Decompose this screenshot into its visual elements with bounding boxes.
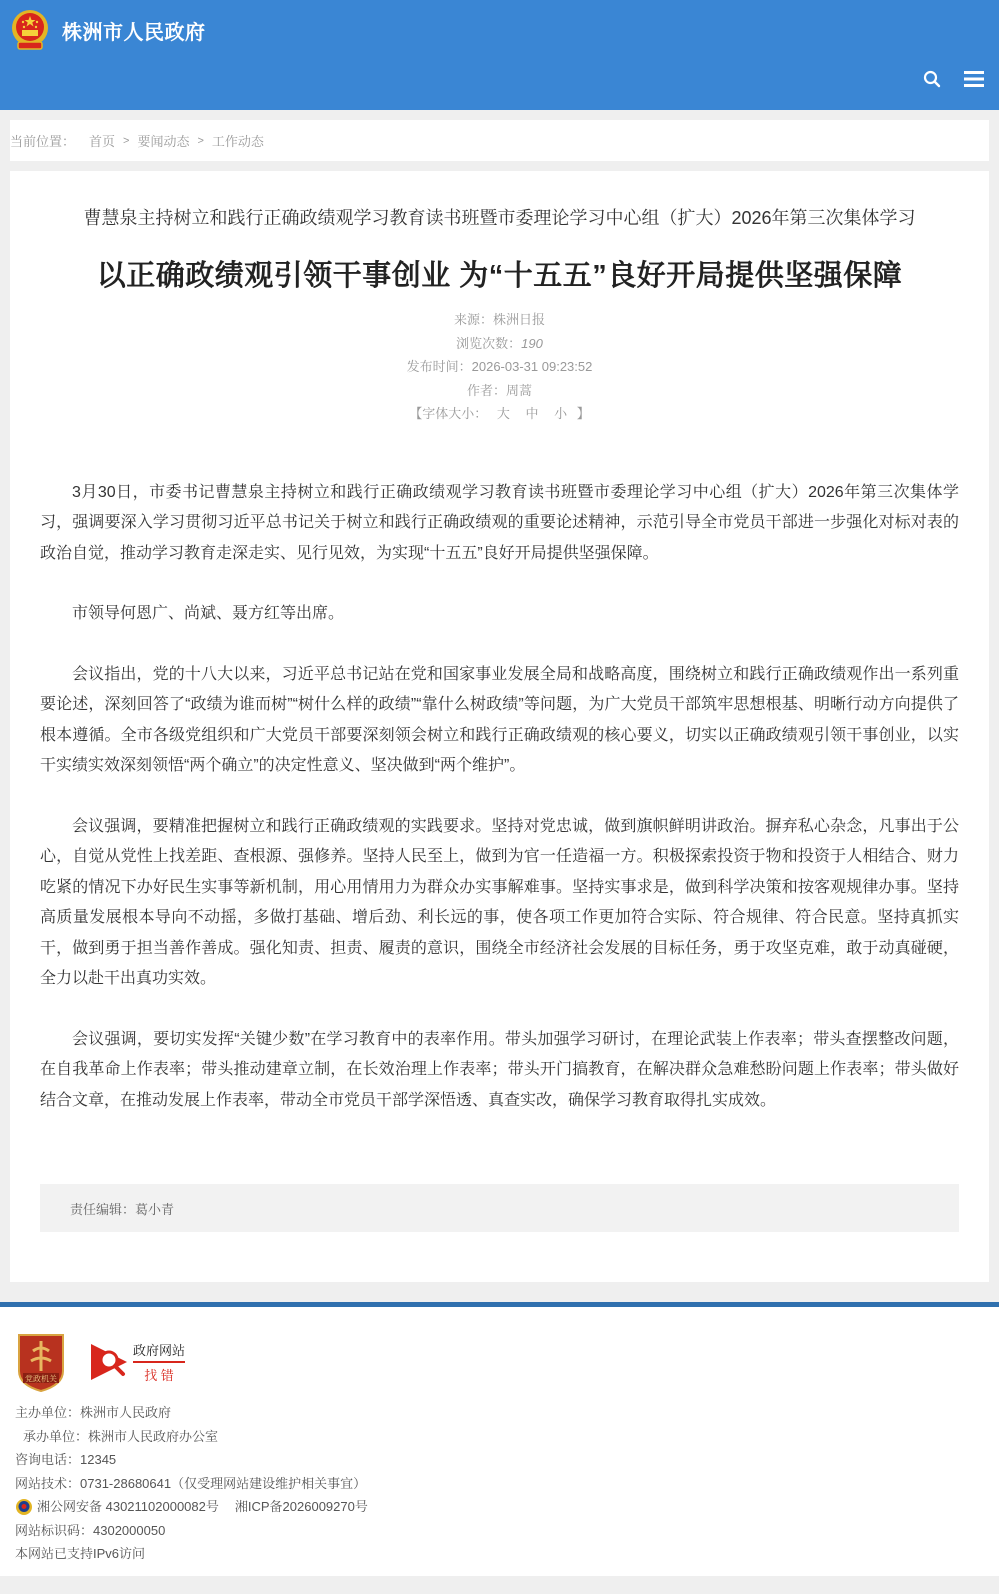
paragraph: 会议强调，要切实发挥“关键少数”在学习教育中的表率作用。带头加强学习研讨，在理论… <box>40 1025 959 1117</box>
breadcrumb-news[interactable]: 要闻动态 <box>137 131 189 150</box>
article-body: 3月30日，市委书记曹慧泉主持树立和践行正确政绩观学习教育读书班暨市委理论学习中… <box>30 478 969 1117</box>
menu-icon <box>964 71 984 87</box>
svg-text:党政机关: 党政机关 <box>25 1374 57 1384</box>
icp-record-link[interactable]: 湘ICP备2026009270号 <box>235 1495 368 1519</box>
footer-tech-support: 网站技术：0731-28680641（仅受理网站建设维护相关事宜） <box>15 1472 984 1496</box>
police-record-link[interactable]: 湘公网安备 43021102000082号 <box>37 1495 219 1519</box>
menu-button[interactable] <box>963 68 985 90</box>
footer-ipv6: 本网站已支持IPv6访问 <box>15 1542 984 1566</box>
font-size-large[interactable]: 大 <box>497 406 510 421</box>
footer-site-code: 网站标识码：4302000050 <box>15 1519 984 1543</box>
article-card: 曹慧泉主持树立和践行正确政绩观学习教育读书班暨市委理论学习中心组（扩大）2026… <box>10 171 989 1282</box>
article-title: 以正确政绩观引领干事创业 为“十五五”良好开局提供坚强保障 <box>30 256 969 296</box>
meta-views: 浏览次数：190 <box>30 332 969 356</box>
error-badge-line2: 找 错 <box>133 1365 185 1384</box>
error-badge-line1: 政府网站 <box>133 1340 185 1363</box>
search-icon <box>923 70 941 88</box>
breadcrumb: 当前位置： 首页 > 要闻动态 > 工作动态 <box>10 120 989 161</box>
views-count: 190 <box>521 336 543 351</box>
responsible-editor: 责任编辑：葛小青 <box>40 1184 959 1232</box>
footer-sponsor: 主办单位：株洲市人民政府 <box>15 1401 984 1425</box>
party-gov-badge-icon: 党政机关 <box>15 1331 67 1393</box>
editor-name: 葛小青 <box>135 1199 174 1218</box>
article-meta: 来源：株洲日报 浏览次数：190 发布时间：2026-03-31 09:23:5… <box>30 308 969 426</box>
site-header: 株洲市人民政府 <box>0 0 999 110</box>
national-emblem-icon <box>10 8 50 52</box>
font-size-switcher: 【字体大小： 大 中 小 】 <box>30 402 969 426</box>
published-time: 2026-03-31 09:23:52 <box>472 359 593 374</box>
source-value: 株洲日报 <box>493 312 545 327</box>
font-size-medium[interactable]: 中 <box>525 406 538 421</box>
magnifier-report-icon <box>89 1340 129 1384</box>
article-subtitle: 曹慧泉主持树立和践行正确政绩观学习教育读书班暨市委理论学习中心组（扩大）2026… <box>30 204 969 232</box>
party-gov-badge[interactable]: 党政机关 <box>15 1331 67 1393</box>
footer-hotline: 咨询电话：12345 <box>15 1448 984 1472</box>
font-size-small[interactable]: 小 <box>554 406 567 421</box>
paragraph: 3月30日，市委书记曹慧泉主持树立和践行正确政绩观学习教育读书班暨市委理论学习中… <box>40 478 959 570</box>
meta-author: 作者：周蒿 <box>30 379 969 403</box>
gov-site-error-report[interactable]: 政府网站 找 错 <box>89 1340 185 1384</box>
paragraph: 会议指出，党的十八大以来，习近平总书记站在党和国家事业发展全局和战略高度，围绕树… <box>40 660 959 782</box>
meta-source: 来源：株洲日报 <box>30 308 969 332</box>
site-logo[interactable]: 株洲市人民政府 <box>10 8 206 52</box>
footer-records: 湘公网安备 43021102000082号 湘ICP备2026009270号 <box>15 1495 984 1519</box>
breadcrumb-work-news[interactable]: 工作动态 <box>212 131 264 150</box>
paragraph: 市领导何恩广、尚斌、聂方红等出席。 <box>40 599 959 630</box>
footer-organizer: 承办单位：株洲市人民政府办公室 <box>15 1425 984 1449</box>
breadcrumb-separator: > <box>197 135 203 147</box>
paragraph: 会议强调，要精准把握树立和践行正确政绩观的实践要求。坚持对党忠诚，做到旗帜鲜明讲… <box>40 812 959 995</box>
meta-published: 发布时间：2026-03-31 09:23:52 <box>30 355 969 379</box>
site-footer: 党政机关 政府网站 找 错 主办单位：株洲市人民政府 承办单位：株洲市人民政府办… <box>0 1307 999 1576</box>
breadcrumb-label: 当前位置： <box>10 131 75 150</box>
breadcrumb-home[interactable]: 首页 <box>89 131 115 150</box>
breadcrumb-separator: > <box>123 135 129 147</box>
site-title: 株洲市人民政府 <box>62 16 206 45</box>
author-value: 周蒿 <box>506 383 532 398</box>
search-button[interactable] <box>921 68 943 90</box>
police-badge-icon <box>15 1498 33 1516</box>
